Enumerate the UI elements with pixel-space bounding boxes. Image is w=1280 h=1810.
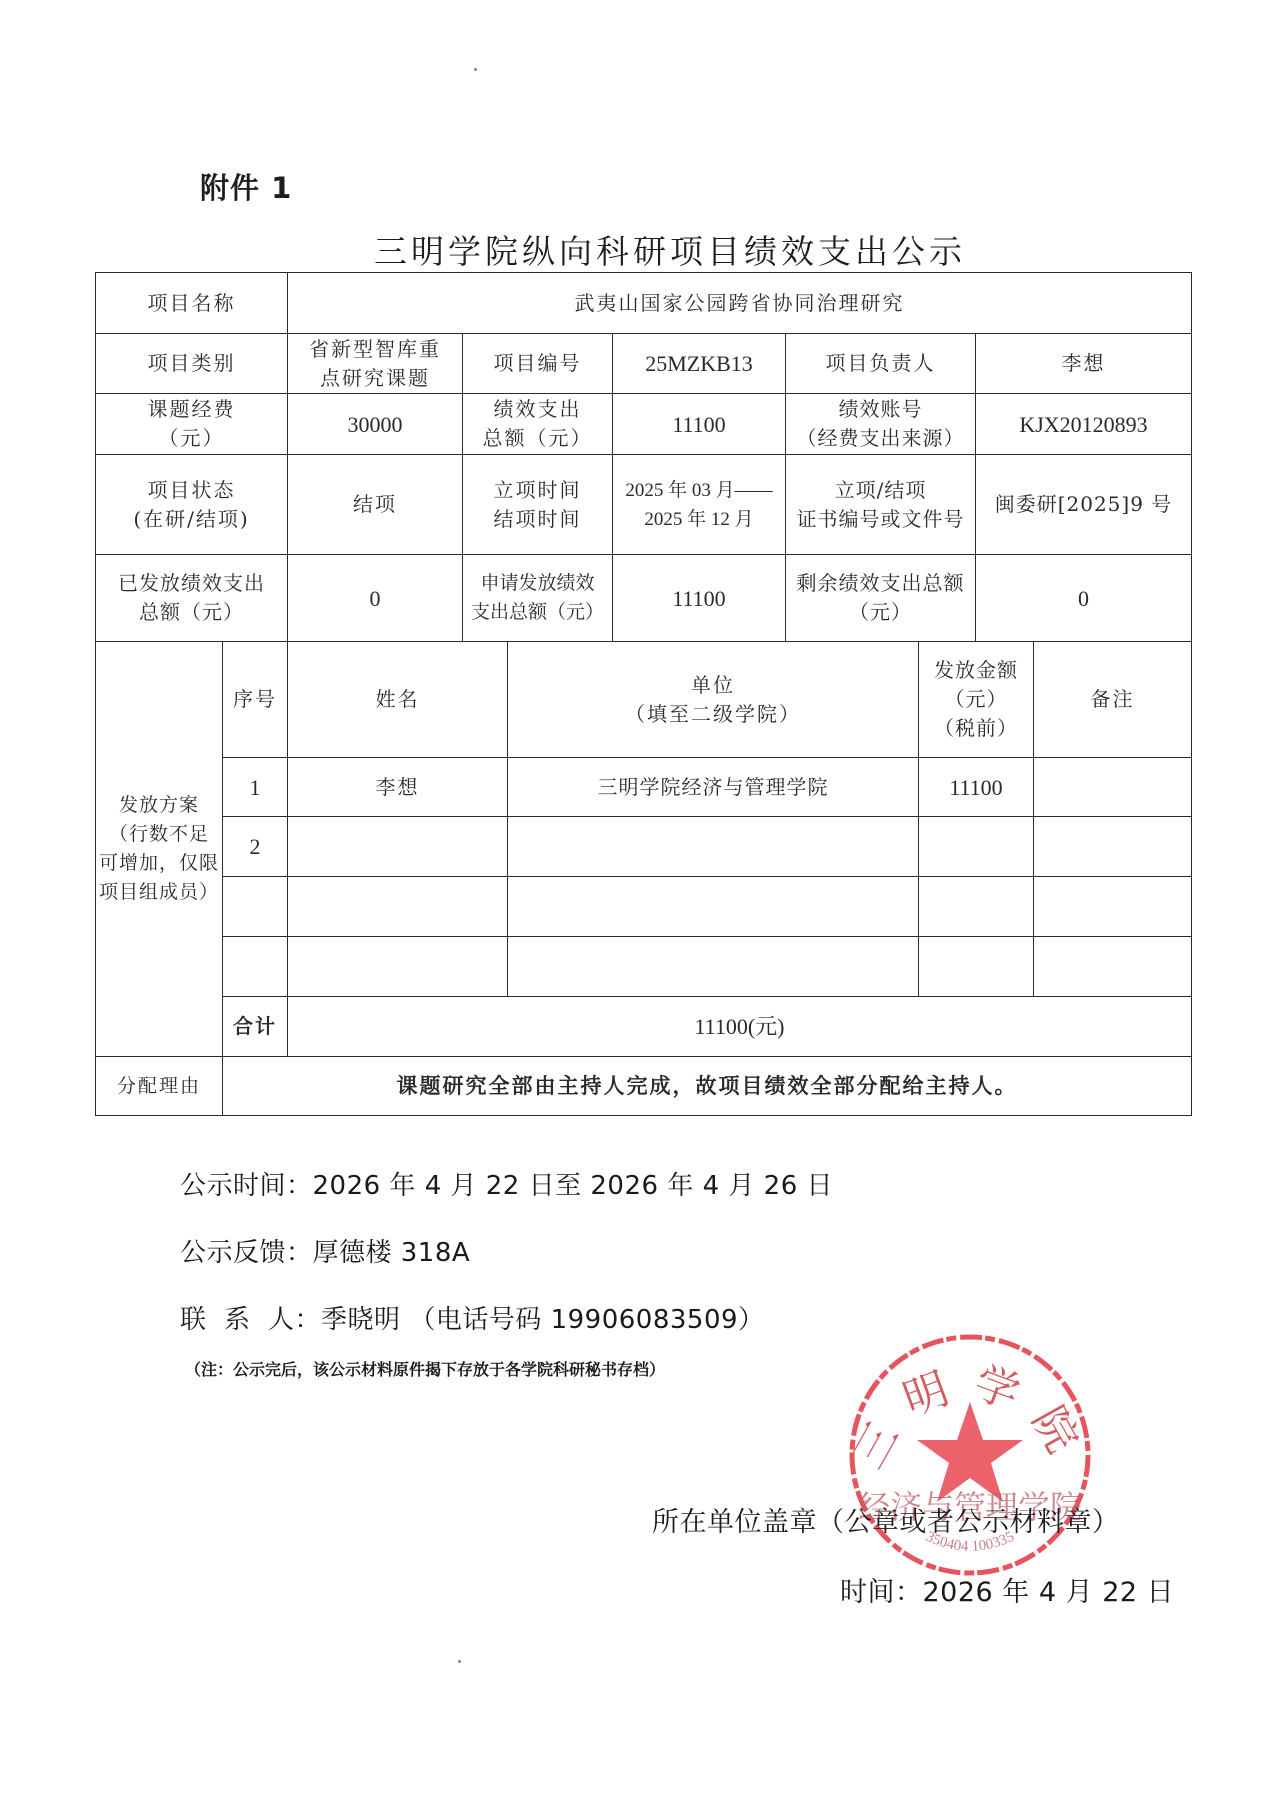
status-label: 项目状态 (在研/结项) <box>95 454 288 555</box>
row-2-remark <box>1033 816 1192 877</box>
performance-table: 项目名称 武夷山国家公园跨省协同治理研究 项目类别 省新型智库重 点研究课题 项… <box>95 272 1192 1055</box>
scan-speck <box>474 68 477 71</box>
row-4-name <box>287 936 508 997</box>
perf-total-label: 绩效支出 总额（元） <box>462 393 613 455</box>
row-1-unit: 三明学院经济与管理学院 <box>507 757 919 817</box>
row-1-name: 李想 <box>287 757 508 817</box>
funds-value: 30000 <box>287 393 463 455</box>
project-code-value: 25MZKB13 <box>612 333 786 394</box>
time-value: 2025 年 03 月—— 2025 年 12 月 <box>612 454 786 555</box>
col-header-amount: 发放金额 （元） （税前） <box>918 641 1034 758</box>
project-leader-label: 项目负责人 <box>785 333 976 394</box>
reason-label: 分配理由 <box>95 1056 223 1116</box>
total-value: 11100(元) <box>287 996 1192 1057</box>
row-3-remark <box>1033 876 1192 937</box>
document-title: 三明学院纵向科研项目绩效支出公示 <box>0 226 1280 273</box>
row-2-seq: 2 <box>222 816 288 877</box>
col-header-name: 姓名 <box>287 641 508 758</box>
apply-value: 11100 <box>612 554 786 642</box>
row-3-seq <box>222 876 288 937</box>
row-2-name <box>287 816 508 877</box>
row-1-seq: 1 <box>222 757 288 817</box>
doc-no-value: 闽委研[2025]9 号 <box>975 454 1192 555</box>
perf-account-label: 绩效账号 （经费支出来源） <box>785 393 976 455</box>
project-category-value: 省新型智库重 点研究课题 <box>287 333 463 394</box>
paid-value: 0 <box>287 554 463 642</box>
row-2-amount <box>918 816 1034 877</box>
col-header-seq: 序号 <box>222 641 288 758</box>
project-code-label: 项目编号 <box>462 333 613 394</box>
row-2-unit <box>507 816 919 877</box>
apply-label: 申请发放绩效 支出总额（元） <box>462 554 613 642</box>
status-value: 结项 <box>287 454 463 555</box>
project-leader-value: 李想 <box>975 333 1192 394</box>
col-header-unit: 单位 （填至二级学院） <box>507 641 919 758</box>
contact-person: 联 系 人：季晓明 （电话号码 19906083509） <box>180 1299 765 1336</box>
doc-no-label: 立项/结项 证书编号或文件号 <box>785 454 976 555</box>
project-name-label: 项目名称 <box>95 272 288 334</box>
paid-label: 已发放绩效支出 总额（元） <box>95 554 288 642</box>
perf-account-value: KJX20120893 <box>975 393 1192 455</box>
row-4-unit <box>507 936 919 997</box>
distribution-plan-label: 发放方案 （行数不足 可增加，仅限 项目组成员） <box>95 641 223 1057</box>
row-3-name <box>287 876 508 937</box>
project-category-label: 项目类别 <box>95 333 288 394</box>
scan-speck <box>458 1660 461 1663</box>
annex-label: 附件 1 <box>200 166 292 207</box>
row-4-remark <box>1033 936 1192 997</box>
project-name-value: 武夷山国家公园跨省协同治理研究 <box>287 272 1192 334</box>
archive-note: （注：公示完后，该公示材料原件揭下存放于各学院科研秘书存档） <box>185 1357 665 1380</box>
row-4-seq <box>222 936 288 997</box>
time-label: 立项时间 结项时间 <box>462 454 613 555</box>
total-label: 合计 <box>222 996 288 1057</box>
perf-total-value: 11100 <box>612 393 786 455</box>
seal-date: 时间：2026 年 4 月 22 日 <box>840 1570 1174 1609</box>
col-header-remark: 备注 <box>1033 641 1192 758</box>
funds-label: 课题经费 （元） <box>95 393 288 455</box>
row-4-amount <box>918 936 1034 997</box>
seal-label: 所在单位盖章（公章或者公示材料章） <box>652 1500 1120 1539</box>
remaining-value: 0 <box>975 554 1192 642</box>
official-seal-icon: 三明学院 经济与管理学院 350404 100335 <box>845 1330 1095 1580</box>
row-1-amount: 11100 <box>918 757 1034 817</box>
publicity-time: 公示时间：2026 年 4 月 22 日至 2026 年 4 月 26 日 <box>180 1165 833 1202</box>
reason-value: 课题研究全部由主持人完成，故项目绩效全部分配给主持人。 <box>222 1056 1192 1116</box>
remaining-label: 剩余绩效支出总额 （元） <box>785 554 976 642</box>
row-3-unit <box>507 876 919 937</box>
row-3-amount <box>918 876 1034 937</box>
publicity-feedback: 公示反馈：厚德楼 318A <box>180 1232 470 1269</box>
row-1-remark <box>1033 757 1192 817</box>
